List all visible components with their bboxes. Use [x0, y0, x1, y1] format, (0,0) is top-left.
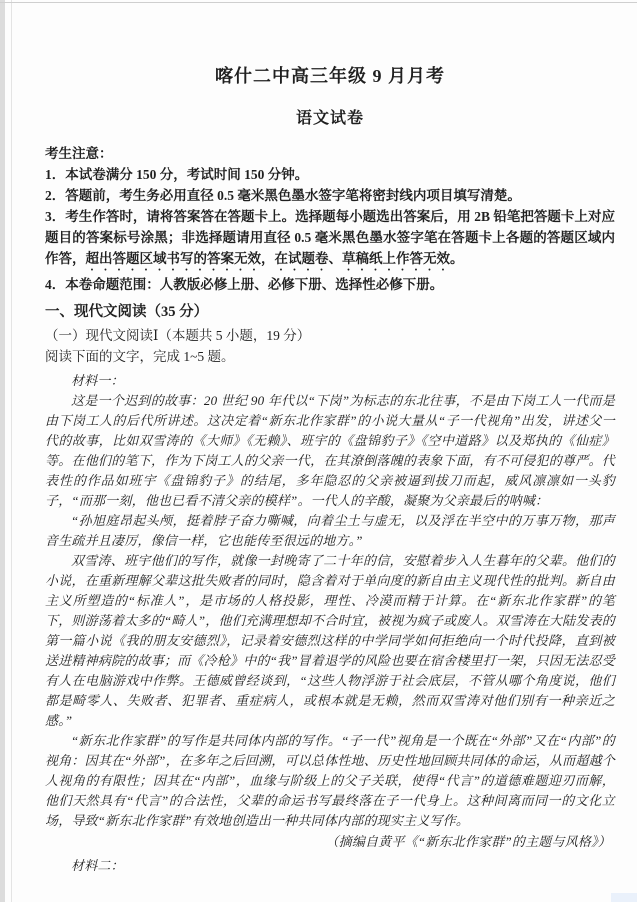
scan-edge-strip: [0, 0, 5, 902]
material-2-label: 材料二：: [45, 856, 615, 876]
material-1-label: 材料一：: [45, 371, 615, 391]
notice-item-3: 3．考生作答时，请将答案答在答题卡上。选择题每小题选出答案后，用 2B 铅笔把答…: [45, 206, 615, 274]
candidate-notice: 考生注意： 1．本试卷满分 150 分，考试时间 150 分钟。 2．答题前，考…: [45, 143, 615, 295]
material-1-paragraph-2: “孙旭庭昂起头颅，挺着脖子奋力嘶喊，向着尘土与虚无，以及浮在半空中的万事万物，那…: [45, 511, 615, 551]
passage-subheading: （一）现代文阅读Ⅰ（本题共 5 小题，19 分）: [45, 325, 615, 346]
section-heading-modern-reading: 一、现代文阅读（35 分）: [45, 301, 615, 323]
material-1-paragraph-1: 这是一个迟到的故事：20 世纪 90 年代以“下岗”为标志的东北往事，不是由下岗…: [45, 391, 615, 511]
material-1-paragraph-3: 双雪涛、班宇他们的写作，就像一封晚寄了二十年的信，安慰着步入人生暮年的父辈。他们…: [45, 551, 615, 731]
notice-heading: 考生注意：: [45, 143, 615, 164]
scan-edge-line: [11, 0, 12, 902]
exam-title: 喀什二中高三年级 9 月月考: [45, 62, 615, 88]
exam-paper-page: 喀什二中高三年级 9 月月考 语文试卷 考生注意： 1．本试卷满分 150 分，…: [45, 0, 615, 876]
scan-artifact: [611, 893, 637, 902]
notice-item-3-emphasis-1: 超出答题区域书写的答案无效: [86, 251, 262, 266]
source-attribution: （摘编自黄平《“新东北作家群”的主题与风格》）: [45, 832, 611, 852]
notice-item-1: 1．本试卷满分 150 分，考试时间 150 分钟。: [45, 164, 615, 185]
notice-item-3-separator: ，: [261, 251, 275, 266]
notice-item-3-emphasis-2: 在试题卷、草稿纸上作答无效: [275, 251, 451, 266]
notice-item-3-end: 。: [450, 251, 464, 266]
material-1-paragraph-4: “新东北作家群”的写作是共同体内部的写作。“子一代”视角是一个既在“外部”又在“…: [45, 731, 615, 831]
notice-item-4: 4．本卷命题范围：人教版必修上册、必修下册、选择性必修下册。: [45, 274, 615, 295]
notice-item-2: 2．答题前，考生务必用直径 0.5 毫米黑色墨水签字笔将密封线内项目填写清楚。: [45, 185, 615, 206]
exam-subtitle: 语文试卷: [45, 105, 615, 128]
material-1: 材料一： 这是一个迟到的故事：20 世纪 90 年代以“下岗”为标志的东北往事，…: [45, 371, 615, 876]
reading-instruction: 阅读下面的文字，完成 1~5 题。: [45, 346, 615, 367]
